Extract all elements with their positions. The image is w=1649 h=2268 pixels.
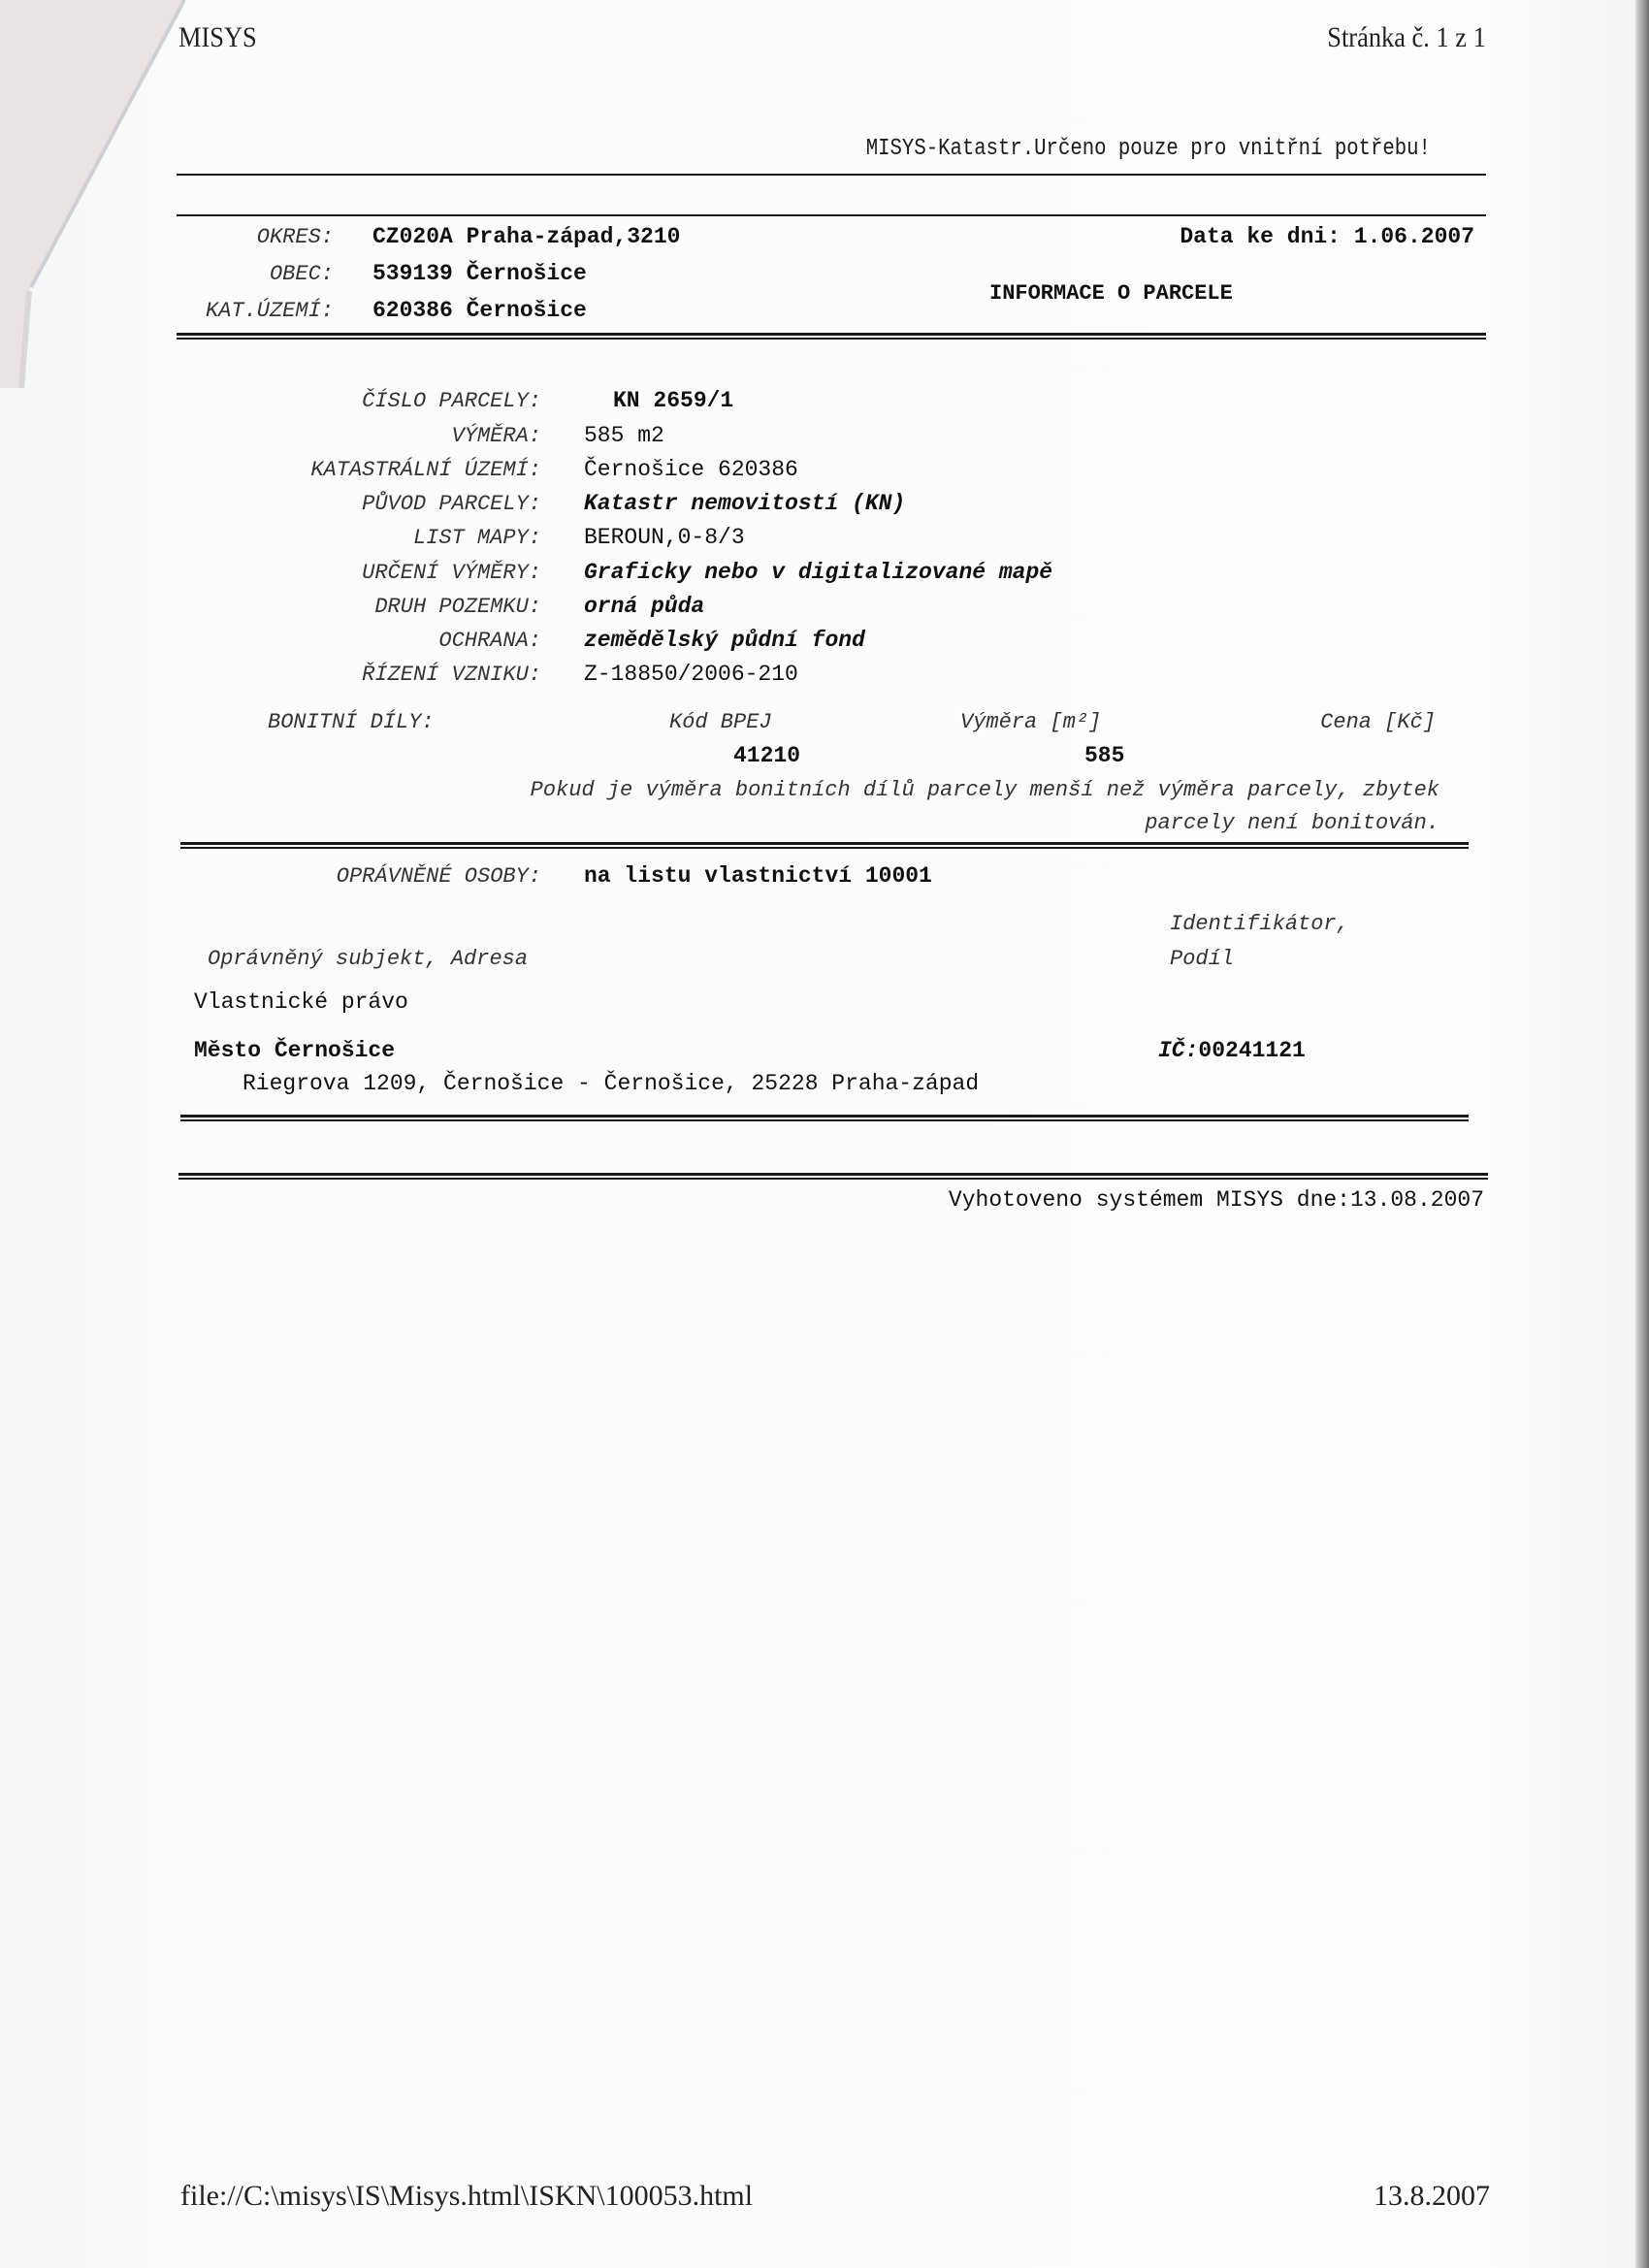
parcel-field-label: ČÍSLO PARCELY: xyxy=(362,389,541,413)
bonitni-dily-label: BONITNÍ DÍLY: xyxy=(268,710,435,734)
vymera-column-header: Výměra [m²] xyxy=(960,710,1101,734)
list-vlastnictvi-value: na listu vlastnictví 10001 xyxy=(584,863,932,889)
parcel-field-value: Katastr nemovitostí (KN) xyxy=(584,491,905,516)
parcel-field-value: BEROUN,0-8/3 xyxy=(584,525,745,550)
okres-label: OKRES: xyxy=(257,225,334,249)
obec-label: OBEC: xyxy=(270,262,334,286)
scanned-page: MISYS Stránka č. 1 z 1 MISYS-Katastr.Urč… xyxy=(0,0,1649,2268)
parcel-field-label: KATASTRÁLNÍ ÚZEMÍ: xyxy=(310,458,541,482)
ic-label: IČ: xyxy=(1158,1038,1198,1063)
parcel-field-value: Z-18850/2006-210 xyxy=(584,662,798,687)
right-type: Vlastnické právo xyxy=(194,989,408,1015)
bpej-column-header: Kód BPEJ xyxy=(669,710,772,734)
owner-identifier: IČ:00241121 xyxy=(1158,1038,1306,1063)
folded-corner-decoration xyxy=(0,0,213,388)
podil-header: Podíl xyxy=(1170,947,1234,971)
bonitace-note-line1: Pokud je výměra bonitních dílů parcely m… xyxy=(531,778,1439,802)
parcel-field-label: DRUH POZEMKU: xyxy=(374,595,541,619)
cena-column-header: Cena [Kč] xyxy=(1320,710,1436,734)
parcel-field-value: Černošice 620386 xyxy=(584,457,798,482)
obec-value: 539139 Černošice xyxy=(372,261,587,286)
parcel-field-value: KN 2659/1 xyxy=(613,388,733,413)
double-divider xyxy=(180,842,1469,849)
bpej-value: 41210 xyxy=(733,743,800,768)
confidentiality-banner: MISYS-Katastr.Určeno pouze pro vnitřní p… xyxy=(866,136,1431,162)
double-divider xyxy=(178,1173,1488,1180)
owner-address: Riegrova 1209, Černošice - Černošice, 25… xyxy=(242,1071,979,1096)
parcel-field-label: OCHRANA: xyxy=(438,629,541,653)
divider xyxy=(177,174,1486,176)
double-divider xyxy=(180,1115,1469,1121)
report-title: INFORMACE O PARCELE xyxy=(989,281,1233,306)
kat-uzemi-label: KAT.ÚZEMÍ: xyxy=(206,299,334,323)
parcel-field-value: zemědělský půdní fond xyxy=(584,628,865,653)
bpej-area-value: 585 xyxy=(1084,743,1124,768)
print-footer-date: 13.8.2007 xyxy=(1374,2180,1490,2213)
subject-address-header: Oprávněný subjekt, Adresa xyxy=(208,947,528,971)
parcel-field-value: Graficky nebo v digitalizované mapě xyxy=(584,560,1052,585)
parcel-field-label: URČENÍ VÝMĚRY: xyxy=(362,561,541,585)
print-footer-url: file://C:\misys\IS\Misys.html\ISKN\10005… xyxy=(180,2180,753,2213)
double-divider xyxy=(177,333,1486,340)
data-date: Data ke dni: 1.06.2007 xyxy=(1180,224,1474,249)
divider xyxy=(177,214,1486,216)
bonitace-note-line2: parcely není bonitován. xyxy=(1145,811,1439,835)
kat-uzemi-value: 620386 Černošice xyxy=(372,298,587,323)
print-header-left: MISYS xyxy=(178,21,257,54)
okres-value: CZ020A Praha-západ,3210 xyxy=(372,224,680,249)
generated-by-note: Vyhotoveno systémem MISYS dne:13.08.2007 xyxy=(949,1187,1484,1213)
print-header-page-number: Stránka č. 1 z 1 xyxy=(1328,21,1486,54)
page-edge-shadow xyxy=(1635,0,1649,2268)
identifikator-header: Identifikátor, xyxy=(1170,912,1349,936)
owner-name: Město Černošice xyxy=(194,1038,395,1063)
opravnene-osoby-label: OPRÁVNĚNÉ OSOBY: xyxy=(337,864,541,889)
parcel-field-label: PŮVOD PARCELY: xyxy=(362,492,541,516)
parcel-field-label: VÝMĚRA: xyxy=(452,424,541,448)
parcel-field-value: orná půda xyxy=(584,594,704,619)
parcel-field-label: ŘÍZENÍ VZNIKU: xyxy=(362,663,541,687)
parcel-field-value: 585 m2 xyxy=(584,423,664,448)
parcel-field-label: LIST MAPY: xyxy=(413,526,541,550)
ic-value: 00241121 xyxy=(1198,1038,1305,1063)
